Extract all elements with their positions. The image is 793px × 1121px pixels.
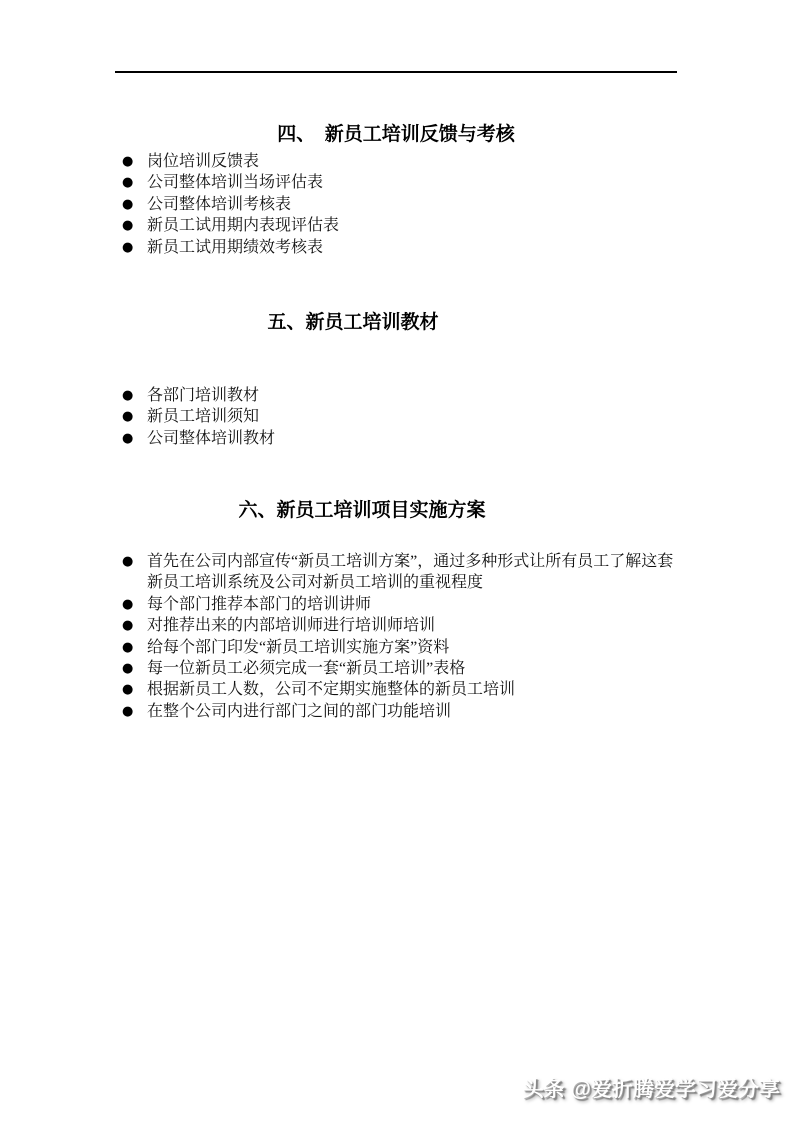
- bullet-icon: ●: [122, 679, 133, 700]
- bullet-icon: ●: [122, 594, 133, 615]
- section-heading-6: 六、新员工培训项目实施方案: [81, 498, 643, 523]
- list-item-text: 根据新员工人数，公司不定期实施整体的新员工培训: [147, 681, 515, 698]
- document-page: 四、 新员工培训反馈与考核 ● 岗位培训反馈表 ● 公司整体培训当场评估表 ● …: [0, 0, 793, 1121]
- bullet-icon: ●: [122, 428, 133, 449]
- list-item-text: 每一位新员工必须完成一套“新员工培训”表格: [147, 660, 465, 677]
- bullet-icon: ●: [122, 406, 133, 427]
- list-item-text: 新员工培训须知: [147, 408, 259, 425]
- list-item: ● 岗位培训反馈表: [115, 151, 677, 172]
- list-item-text: 各部门培训教材: [147, 387, 259, 404]
- bullet-icon: ●: [122, 237, 133, 258]
- bullet-icon: ●: [122, 701, 133, 722]
- section-heading-5: 五、新员工培训教材: [72, 310, 634, 335]
- bullet-icon: ●: [122, 615, 133, 636]
- list-item: ● 每个部门推荐本部门的培训讲师: [115, 594, 677, 615]
- bullet-icon: ●: [122, 151, 133, 172]
- section-list-4: ● 岗位培训反馈表 ● 公司整体培训当场评估表 ● 公司整体培训考核表 ● 新员…: [115, 151, 677, 258]
- list-item: ● 新员工培训须知: [115, 406, 677, 427]
- watermark-text: 头条 @爱折腾爱学习爱分享: [523, 1077, 780, 1103]
- bullet-icon: ●: [122, 637, 133, 658]
- list-item-text: 公司整体培训教材: [147, 430, 275, 447]
- list-item: ● 首先在公司内部宣传“新员工培训方案”，通过多种形式让所有员工了解这套新员工培…: [115, 551, 677, 594]
- list-item: ● 公司整体培训教材: [115, 428, 677, 449]
- bullet-icon: ●: [122, 172, 133, 193]
- list-item-text: 在整个公司内进行部门之间的部门功能培训: [147, 703, 451, 720]
- list-item-text: 给每个部门印发“新员工培训实施方案”资料: [147, 639, 449, 656]
- list-item-text: 首先在公司内部宣传“新员工培训方案”，通过多种形式让所有员工了解这套新员工培训系…: [147, 553, 673, 591]
- list-item-text: 岗位培训反馈表: [147, 153, 259, 170]
- bullet-icon: ●: [122, 194, 133, 215]
- section-list-6: ● 首先在公司内部宣传“新员工培训方案”，通过多种形式让所有员工了解这套新员工培…: [115, 551, 677, 722]
- bullet-icon: ●: [122, 658, 133, 679]
- list-item-text: 公司整体培训当场评估表: [147, 174, 323, 191]
- list-item: ● 各部门培训教材: [115, 385, 677, 406]
- horizontal-rule: [115, 71, 677, 73]
- list-item: ● 根据新员工人数，公司不定期实施整体的新员工培训: [115, 679, 677, 700]
- list-item-text: 新员工试用期绩效考核表: [147, 239, 323, 256]
- section-heading-4: 四、 新员工培训反馈与考核: [115, 122, 677, 147]
- list-item: ● 新员工试用期内表现评估表: [115, 215, 677, 236]
- list-item: ● 在整个公司内进行部门之间的部门功能培训: [115, 701, 677, 722]
- list-item: ● 新员工试用期绩效考核表: [115, 237, 677, 258]
- list-item-text: 对推荐出来的内部培训师进行培训师培训: [147, 617, 435, 634]
- bullet-icon: ●: [122, 385, 133, 406]
- bullet-icon: ●: [122, 551, 133, 572]
- list-item-text: 每个部门推荐本部门的培训讲师: [147, 596, 371, 613]
- list-item: ● 公司整体培训考核表: [115, 194, 677, 215]
- section-list-5: ● 各部门培训教材 ● 新员工培训须知 ● 公司整体培训教材: [115, 385, 677, 449]
- list-item: ● 每一位新员工必须完成一套“新员工培训”表格: [115, 658, 677, 679]
- list-item: ● 给每个部门印发“新员工培训实施方案”资料: [115, 637, 677, 658]
- list-item-text: 新员工试用期内表现评估表: [147, 217, 339, 234]
- bullet-icon: ●: [122, 215, 133, 236]
- list-item-text: 公司整体培训考核表: [147, 196, 291, 213]
- list-item: ● 对推荐出来的内部培训师进行培训师培训: [115, 615, 677, 636]
- list-item: ● 公司整体培训当场评估表: [115, 172, 677, 193]
